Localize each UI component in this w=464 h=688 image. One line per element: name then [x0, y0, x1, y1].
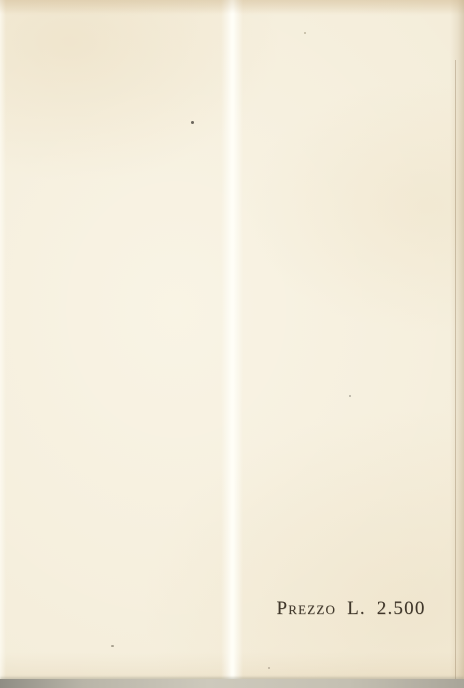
paper-speck: [268, 667, 270, 669]
spine-fold-highlight: [221, 0, 243, 688]
paper-speck: [111, 645, 114, 647]
price-label: Prezzo L. 2.500: [258, 598, 444, 620]
cover-left-edge-highlight: [0, 0, 6, 688]
paper-speck: [304, 32, 306, 34]
book-back-cover-scan: Prezzo L. 2.500: [0, 0, 464, 688]
cover-top-shade: [0, 0, 464, 14]
scan-bottom-edge: [0, 679, 464, 688]
paper-speck: [349, 395, 351, 397]
cover-right-edge-crease: [455, 60, 456, 688]
cover-right-edge-shadow: [450, 0, 464, 688]
paper-speck: [191, 121, 194, 124]
